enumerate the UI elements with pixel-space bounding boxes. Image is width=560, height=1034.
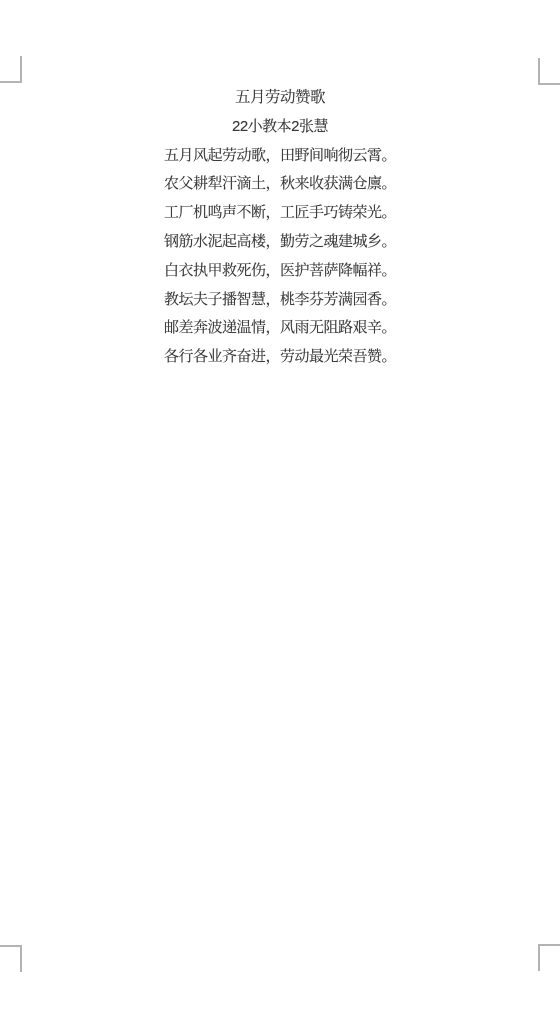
poem-line: 工厂机鸣声不断，工匠手巧铸荣光。 bbox=[0, 199, 560, 228]
crop-mark-bottom-left bbox=[0, 945, 22, 972]
crop-mark-bottom-right bbox=[538, 944, 560, 971]
poem-line: 教坛夫子播智慧，桃李芬芳满园香。 bbox=[0, 286, 560, 315]
document-title: 五月劳动赞歌 bbox=[0, 84, 560, 113]
poem-line: 各行各业齐奋进，劳动最光荣吾赞。 bbox=[0, 343, 560, 372]
poem-line: 农父耕犁汗滴土，秋来收获满仓廪。 bbox=[0, 170, 560, 199]
crop-mark-top-right bbox=[538, 58, 560, 85]
document-body: 五月劳动赞歌 22小教本2张慧 五月风起劳动歌，田野间响彻云霄。 农父耕犁汗滴土… bbox=[0, 84, 560, 372]
document-byline: 22小教本2张慧 bbox=[0, 113, 560, 142]
poem-line: 钢筋水泥起高楼，勤劳之魂建城乡。 bbox=[0, 228, 560, 257]
document-page: 五月劳动赞歌 22小教本2张慧 五月风起劳动歌，田野间响彻云霄。 农父耕犁汗滴土… bbox=[0, 0, 560, 1034]
poem-line: 白衣执甲救死伤，医护菩萨降幅祥。 bbox=[0, 257, 560, 286]
poem-line: 五月风起劳动歌，田野间响彻云霄。 bbox=[0, 142, 560, 171]
poem-line: 邮差奔波递温情，风雨无阻路艰辛。 bbox=[0, 314, 560, 343]
crop-mark-top-left bbox=[0, 56, 22, 83]
